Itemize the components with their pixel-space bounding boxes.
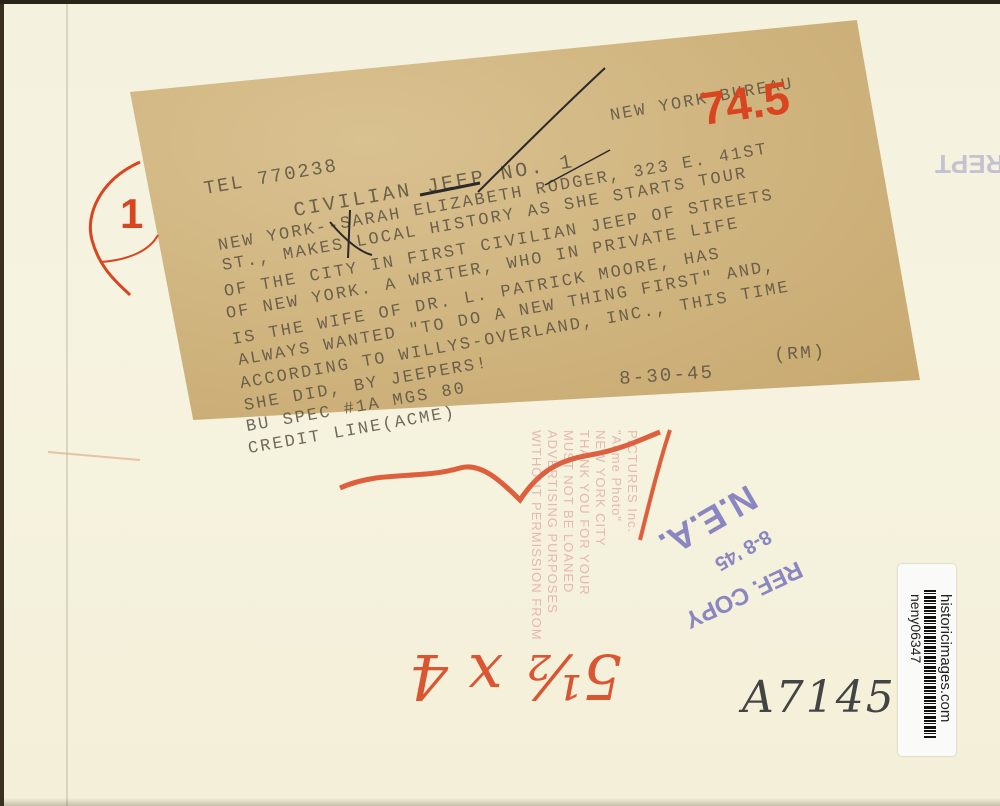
label-code: neny06347 [908,594,924,663]
pink-stamp-line: "Acme Photo" [608,430,624,641]
pink-stamp-line: PICTURES Inc. [624,430,640,641]
pink-stamp-line: WITHOUT PERMISSION FROM [528,430,544,641]
red-circled-number: 1 [120,190,143,238]
red-size-note: 5½ x 4 [322,640,622,713]
pink-stamp-line: THANK YOU FOR YOUR [576,430,592,641]
barcode-icon [924,590,936,738]
photo-back: REPT TEL 770238 NEW YORK BUREAU CIVILIAN… [0,0,1000,806]
barcode-label: historicimages.com neny06347 [898,564,956,756]
pink-stamp-line: MUST NOT BE LOANED [560,430,576,641]
scan-edge [0,798,1000,806]
pink-stamp-line: NEW YORK CITY [592,430,608,641]
label-site: historicimages.com [937,594,954,722]
pink-agency-stamp: PICTURES Inc. "Acme Photo" NEW YORK CITY… [528,430,640,641]
pink-stamp-line: ADVERTISING PURPOSES [544,430,560,641]
